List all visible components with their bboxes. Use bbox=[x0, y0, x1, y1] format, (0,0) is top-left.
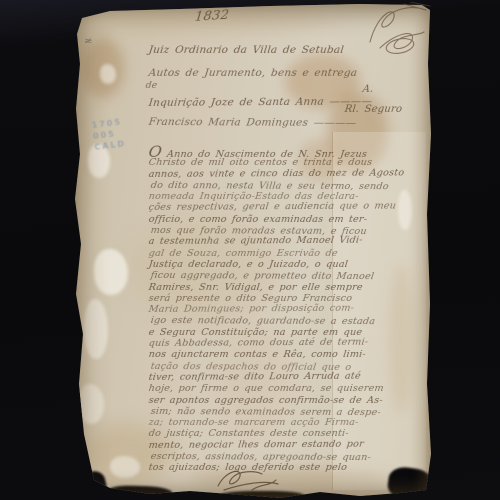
manuscript-photo: 1832 ≠ 1705005CALD Juiz Ordinario da Vil… bbox=[0, 0, 500, 500]
header-line: de bbox=[145, 81, 158, 91]
manuscript-line: ficou aggregado, e prometteo dito Manoel bbox=[150, 270, 391, 283]
manuscript-line: quis Abbadessa, como dous até de termi- bbox=[148, 337, 391, 350]
folio-number: 1832 bbox=[194, 8, 230, 25]
manuscript-line: ser apontos aggregados confirmão-se de A… bbox=[148, 395, 391, 406]
manuscript-line: officio, e como forão examinadas em ter- bbox=[148, 214, 391, 225]
manuscript-line: nos ajunctarem contas e Rêa, como limi- bbox=[148, 349, 391, 360]
manuscript-line: mento, negociar lhes domar estando por bbox=[148, 438, 391, 451]
header-line: Autos de Juramento, bens e entrega bbox=[148, 67, 358, 79]
header-line: Juiz Ordinario da Villa de Setubal bbox=[148, 44, 345, 56]
manuscript-line: Ramires, Snr. Vidigal, e por elle sempre bbox=[148, 282, 391, 293]
header-line: Francisco Maria Domingues ———— bbox=[148, 116, 357, 129]
manuscript-body: O Anno do Nascimento de N. Snr. JezusChr… bbox=[148, 146, 390, 474]
manuscript-line: Maria Domingues; por disposição com- bbox=[148, 303, 391, 316]
manuscript-line: Justiça declarado, e o Juizado, o qual bbox=[148, 259, 391, 270]
manuscript-line: za; tornando-se marcarem acção Firma- bbox=[148, 417, 391, 428]
manuscript-line: O Anno do Nascimento de N. Snr. Jezus bbox=[148, 146, 391, 157]
manuscript-line: hoje, por firme o que comdara, se quiser… bbox=[148, 383, 391, 394]
manuscript-line: tiver, confirma-se dito Louro Arruda até bbox=[148, 370, 391, 383]
rubric-flourish-icon bbox=[212, 466, 284, 494]
margin-note: A. bbox=[362, 84, 374, 95]
manuscript-line: gal de Souza, commigo Escrivão de bbox=[148, 248, 391, 259]
margin-note: Rl. Seguro bbox=[344, 104, 403, 115]
manuscript-line: annos, aos vinte e cinco dias do mez de … bbox=[148, 167, 391, 180]
manuscript-line: a testemunha se ajuntando Manoel Vidi- bbox=[148, 235, 391, 248]
header-line: Inquirição Joze de Santa Anna ———— bbox=[148, 95, 373, 109]
manuscript-line: ções respectivas, geral e audiencia que … bbox=[148, 201, 391, 214]
archive-stamp: 1705005CALD bbox=[91, 116, 127, 153]
